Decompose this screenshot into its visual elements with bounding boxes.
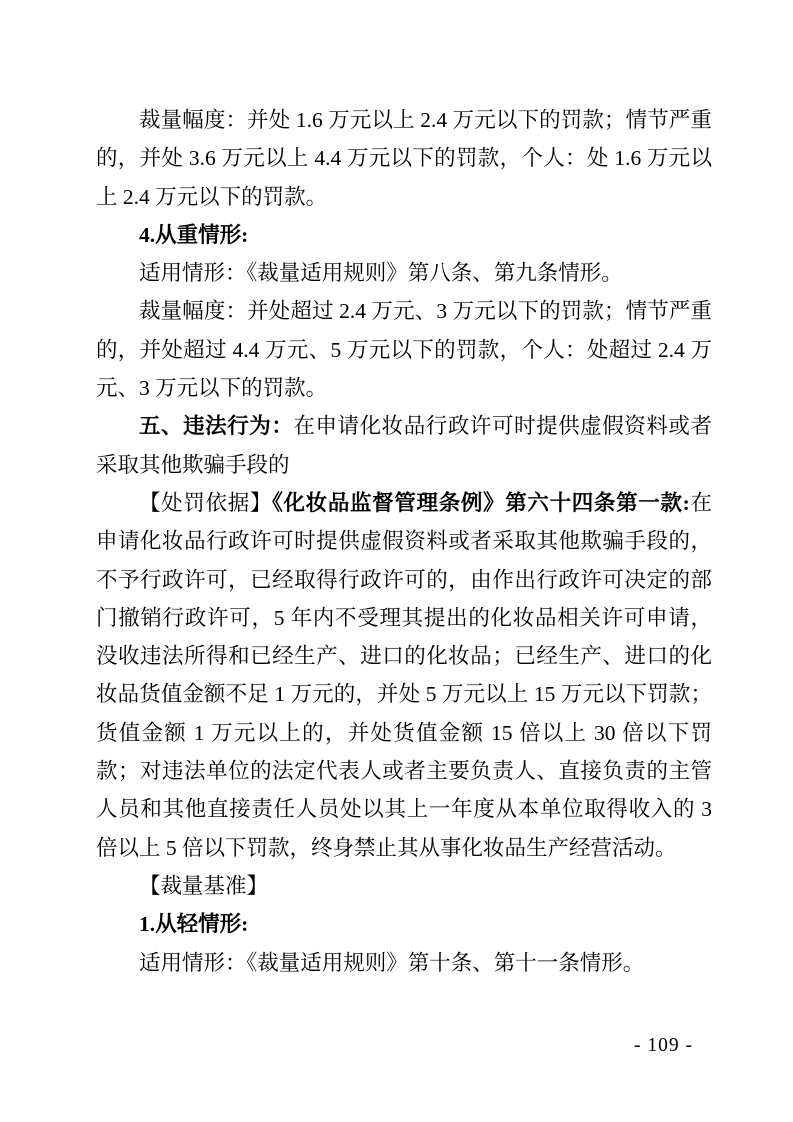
paragraph-text: 裁量幅度：并处 1.6 万元以上 2.4 万元以下的罚款；情节严重的，并处 3.… — [96, 108, 712, 209]
regulation-body-text: 在申请化妆品行政许可时提供虚假资料或者采取其他欺骗手段的，不予行政许可，已经取得… — [96, 491, 712, 860]
paragraph-violation-5: 五、违法行为：在申请化妆品行政许可时提供虚假资料或者采取其他欺骗手段的 — [96, 407, 712, 484]
paragraph-applicable-situation-8-9: 适用情形：《裁量适用规则》第八条、第九条情形。 — [96, 254, 712, 292]
paragraph-penalty-basis: 【处罚依据】《化妆品监督管理条例》第六十四条第一款:在申请化妆品行政许可时提供虚… — [96, 484, 712, 867]
heading-text: 1.从轻情形: — [139, 912, 248, 936]
heading-mitigating-circumstance: 1.从轻情形: — [96, 905, 712, 943]
regulation-citation: 《化妆品监督管理条例》第六十四条第一款: — [272, 491, 690, 515]
paragraph-text: 适用情形：《裁量适用规则》第十条、第十一条情形。 — [139, 951, 644, 975]
paragraph-text: 裁量幅度：并处超过 2.4 万元、3 万元以下的罚款；情节严重的，并处超过 4.… — [96, 299, 712, 400]
document-page: 裁量幅度：并处 1.6 万元以上 2.4 万元以下的罚款；情节严重的，并处 3.… — [0, 0, 793, 1122]
heading-text: 【裁量基准】 — [139, 874, 268, 898]
penalty-basis-label: 【处罚依据】 — [139, 491, 272, 515]
paragraph-applicable-situation-10-11: 适用情形：《裁量适用规则》第十条、第十一条情形。 — [96, 944, 712, 982]
heading-text: 4.从重情形: — [139, 223, 248, 247]
paragraph-discretion-range-lighter: 裁量幅度：并处 1.6 万元以上 2.4 万元以下的罚款；情节严重的，并处 3.… — [96, 101, 712, 216]
heading-aggravating-circumstance: 4.从重情形: — [96, 216, 712, 254]
page-number: - 109 - — [634, 1032, 693, 1060]
heading-discretion-benchmark: 【裁量基准】 — [96, 867, 712, 905]
document-body: 裁量幅度：并处 1.6 万元以上 2.4 万元以下的罚款；情节严重的，并处 3.… — [96, 101, 712, 982]
violation-lead-in: 五、违法行为： — [139, 414, 293, 438]
paragraph-discretion-range-aggravated: 裁量幅度：并处超过 2.4 万元、3 万元以下的罚款；情节严重的，并处超过 4.… — [96, 292, 712, 407]
paragraph-text: 适用情形：《裁量适用规则》第八条、第九条情形。 — [139, 261, 623, 285]
